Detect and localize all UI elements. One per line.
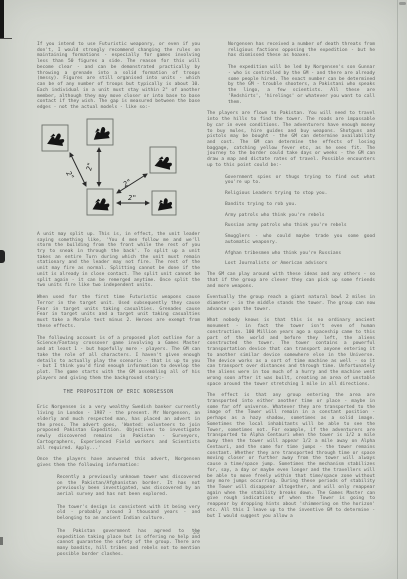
figure-box-right-lower bbox=[152, 191, 176, 215]
scan-artifact-top-right bbox=[399, 2, 406, 5]
left-column: If you intend to use Futuristic weaponry… bbox=[37, 42, 200, 565]
paragraph-time-space: The effect is that any group entering th… bbox=[207, 393, 375, 519]
scanned-page: If you intend to use Futuristic weaponry… bbox=[0, 0, 407, 579]
gap-label: 2" bbox=[64, 170, 75, 181]
encounter-item: Religious Leaders trying to stop you. bbox=[225, 191, 375, 197]
paragraph-plot-intro: The following account is of a proposed p… bbox=[37, 336, 200, 382]
scan-artifact-left-blob bbox=[0, 250, 5, 263]
encounter-item: Army patrols who think you're rebels bbox=[225, 213, 375, 219]
briefing-item: The tower's design is consistent with it… bbox=[57, 505, 200, 522]
page-number: 20 bbox=[193, 530, 200, 536]
gap-label: 2" bbox=[128, 194, 136, 202]
paragraph-advert-answered: Once the players have answered this adve… bbox=[37, 457, 200, 468]
paragraph-travel: The players are flown to Pakistan. You w… bbox=[207, 111, 375, 168]
paragraph-terror-fear: When used for the first time Futuristic … bbox=[37, 295, 200, 329]
right-column: Norgensen has received a number of death… bbox=[207, 42, 375, 525]
encounter-list: Government spies or thugs trying to find… bbox=[207, 175, 375, 267]
paragraph-gm-ideas: The GM can play around with these ideas … bbox=[207, 272, 375, 289]
paragraph-norgensen: Eric Norgensen is a very wealthy Swedish… bbox=[37, 405, 200, 451]
figure-box-top-center bbox=[87, 119, 113, 145]
page-edge-line bbox=[397, 0, 398, 579]
figure-box-center bbox=[87, 189, 113, 215]
briefing-list: Recently a previously unknown tower was … bbox=[37, 475, 200, 558]
gap-label: 2" bbox=[85, 161, 95, 171]
briefing-item: The Pakistan government has agreed to th… bbox=[57, 529, 200, 558]
gap-label: 2" bbox=[122, 177, 133, 188]
paragraph-alien-tower: What nobody knows is that this is no ord… bbox=[207, 318, 375, 387]
briefing-item: Recently a previously unknown tower was … bbox=[57, 475, 200, 498]
scan-artifact-left-bottom bbox=[0, 537, 3, 545]
encounter-item: Bandits trying to rob you. bbox=[225, 202, 375, 208]
encounter-item: Lost Journalists or American advisors bbox=[225, 261, 375, 267]
unit-spacing-diagram-svg: 2" 2" 2" 2" bbox=[37, 117, 200, 225]
scan-artifact-left-strip bbox=[0, 0, 4, 38]
encounter-item: Smugglers - who could maybe trade you so… bbox=[225, 234, 375, 245]
unit-spacing-diagram: 2" 2" 2" 2" bbox=[37, 117, 200, 225]
briefing-item: The expedition will be led by Norgensen'… bbox=[228, 65, 375, 105]
encounter-item: Afghan tribesmen who think you're Russia… bbox=[225, 251, 375, 257]
figure-box-top-left bbox=[42, 125, 68, 151]
encounter-item: Government spies or thugs trying to find… bbox=[225, 175, 375, 186]
arrow-topleft-center bbox=[70, 153, 86, 186]
paragraph-bowl: Eventually the group reach a giant natur… bbox=[207, 295, 375, 312]
section-heading: THE PROPOSITION OF ERIC NORGESSON bbox=[37, 390, 200, 396]
encounter-item: Russian army patrols who think you're re… bbox=[225, 223, 375, 229]
paragraph-split-rule: A unit may split up. This is, in effect,… bbox=[37, 232, 200, 289]
figure-box-right-upper bbox=[150, 147, 176, 173]
paragraph-formations: If you intend to use Futuristic weaponry… bbox=[37, 42, 200, 111]
scan-artifact-left-line bbox=[0, 38, 12, 39]
briefing-item: Norgensen has received a number of death… bbox=[228, 42, 375, 59]
